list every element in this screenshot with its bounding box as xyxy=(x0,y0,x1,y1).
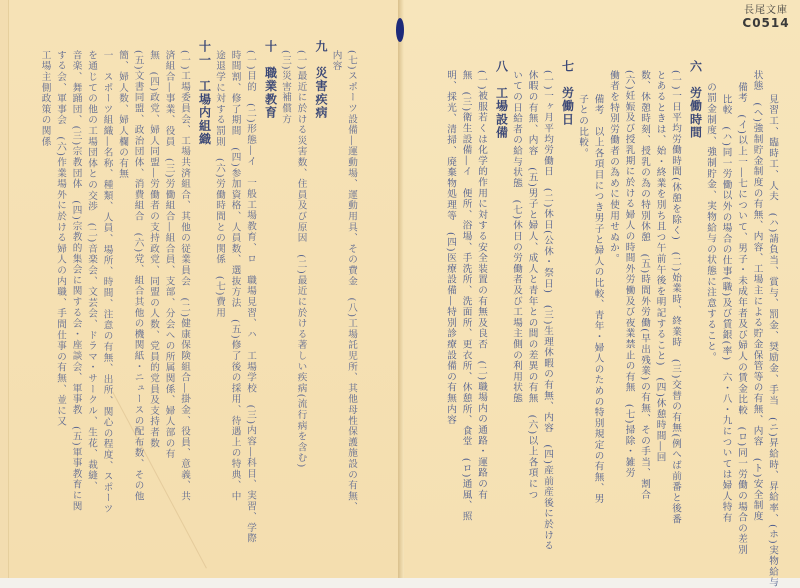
section-heading: 七 労働日 xyxy=(559,60,575,530)
text-column: (一)被服若くは化学的作用に対する安全装置の有無及良否 (二)職場内の通路・運路… xyxy=(474,60,490,530)
text-column: する会、軍事会 (六)作業場外に於ける婦人の内職、手間仕事の有無、並に又 xyxy=(53,40,69,520)
archive-stamp-number: C0514 xyxy=(738,17,794,30)
text-column: 数、休憩時刻、授乳の為の特別休憩 (五)時間外労働(早出残業)の有無、その手当、… xyxy=(637,60,653,530)
text-column: 無 (三)衛生設備―イ 便所、浴場、手洗所、洗面所、更衣所、休憩所、食堂 (ロ)… xyxy=(458,60,474,530)
scanned-document: (七)スポーツ設備―運動場、運動用具、その費金 (八)工場託児所、其他母性保護施… xyxy=(0,0,800,578)
text-column: 明、採光、清掃、廃棄物処理等 (四)医療設備―特別診療設備の有無内容 xyxy=(443,60,459,530)
text-column: いての日給者の給与状態 (七)休日の労働者及び工場主側の利用状態 xyxy=(509,60,525,530)
text-column: 子との比較。 xyxy=(575,60,591,530)
section-heading: 十一 工場内組織 xyxy=(196,40,212,520)
text-column: 備考 以上各項目につき男子と婦人の比較、青年・婦人のための特別規定の有無、男 xyxy=(590,60,606,530)
text-column: 音楽、舞踊団、(三)宗教団体 (四)宗教的集会に関する会・座談会、軍事教 (五)… xyxy=(68,40,84,520)
text-column: (七)スポーツ設備―運動場、運動用具、その費金 (八)工場託児所、其他母性保護施… xyxy=(344,40,360,520)
text-column: (三)災害補償方 xyxy=(278,40,294,520)
text-column: 見習工、臨時工、人夫 (ハ)請負当、賞与、罰金、奨励金、手当 (ニ)昇給時、昇給… xyxy=(765,60,781,530)
text-column: (一)最近に於ける災害数、住員及び原因 (二)最近に於ける著しい疾病(流行病を含… xyxy=(293,40,309,520)
text-column: 内容 xyxy=(328,40,344,520)
text-column: を通じての他の工場団体との交渉 (二)音楽会、文芸会、ドラマ・サークル、生花、裁… xyxy=(84,40,100,520)
section-heading: 八 工場設備 xyxy=(493,60,509,530)
text-column: (一)目的 (二)形態―イ 一般工場教育、ロ 職場見習、ハ 工場学校 (三)内容… xyxy=(243,40,259,520)
text-column: 簡、婦人数、婦人欄の有無 xyxy=(115,40,131,520)
text-column: (一)一ヶ月平均労働日 (二)休日(公休・祭日) (三)生理休暇の有無、内容 (… xyxy=(540,60,556,530)
text-column: 途退学に対する罰則 (六)労働時間との関係 (七)費用 xyxy=(212,40,228,520)
section-heading: 十 職業教育 xyxy=(262,40,278,520)
left-page: (七)スポーツ設備―運動場、運動用具、その費金 (八)工場託児所、其他母性保護施… xyxy=(8,0,399,578)
archive-stamp-library: 長尾文庫 xyxy=(738,6,794,17)
binding-mark xyxy=(396,18,404,42)
right-page-text: 見習工、臨時工、人夫 (ハ)請負当、賞与、罰金、奨励金、手当 (ニ)昇給時、昇給… xyxy=(443,60,781,530)
text-column: (五)文書同盟、政治団体、消費組合 (六)党、組合其他の機関紙・ニュースの配布数… xyxy=(130,40,146,520)
text-column: 工場主側政策の関係 xyxy=(37,40,53,520)
text-column: 休暇の有無、内容 (五)男子と婦人、成人と青年との間の差異の有無 (六)以上各項… xyxy=(524,60,540,530)
archive-stamp: 長尾文庫 C0514 xyxy=(738,6,794,29)
left-page-text: (七)スポーツ設備―運動場、運動用具、その費金 (八)工場託児所、其他母性保護施… xyxy=(37,40,359,520)
text-column: 無 (四)政党、婦人同盟―労働者の支持政党、同盟の人数、党員的党員及支持者数 xyxy=(146,40,162,520)
text-column: とあるときは、始・終業を別ち且つ午前午後を明記すること) (四)休憩時間―回 xyxy=(652,60,668,530)
text-column: (一)一日平均労働時間(休憩を除く) (二)始業時、終業時 (三)交替の有無(例… xyxy=(668,60,684,530)
text-column: 済組合―事業、役員 (三)労働組合―組合員、支部、分会への所属関係、婦人部の有 xyxy=(161,40,177,520)
text-column: (六)妊娠及び授乳期に於ける婦人の時間外労働及び夜業禁止の有無 (七)掃除・雑労 xyxy=(621,60,637,530)
text-column: 時間割、修了期間 (四)参加資格、人員数、選抜方法 (五)修了後の採用、待遇上の… xyxy=(227,40,243,520)
text-column: 一 スポーツ組織―名称、種類、人員、場所、時間、注意の有無、出所、関心の程度、ス… xyxy=(99,40,115,520)
text-column: 状態 (ヘ)強制貯金制度の有無、内容、工場主による貯金保管等の有無、内容 (ト)… xyxy=(749,60,765,530)
section-heading: 六 労働時間 xyxy=(687,60,703,530)
text-column: 働者を特別労働者の為めに使用せぬか。 xyxy=(606,60,622,530)
text-column: 備考 (イ)以上一―七について、男子・未成年者及び婦人の賃金比較 (ロ)同一労働… xyxy=(734,60,750,530)
text-column: の罰金制度、強制貯金、実物給与の状態に注意すること。 xyxy=(703,60,719,530)
right-page: 見習工、臨時工、人夫 (ハ)請負当、賞与、罰金、奨励金、手当 (ニ)昇給時、昇給… xyxy=(404,0,800,578)
text-column: 比較 (ハ)同一労働以外の場合の仕事(職)及び賃銀(率) 六・八・九については婦… xyxy=(718,60,734,530)
section-heading: 九 災害疾病 xyxy=(313,40,329,520)
text-column: (一)工場委員会、工場共済組合、其他の従業員会 (二)健康保険組合―掛金、役員、… xyxy=(177,40,193,520)
